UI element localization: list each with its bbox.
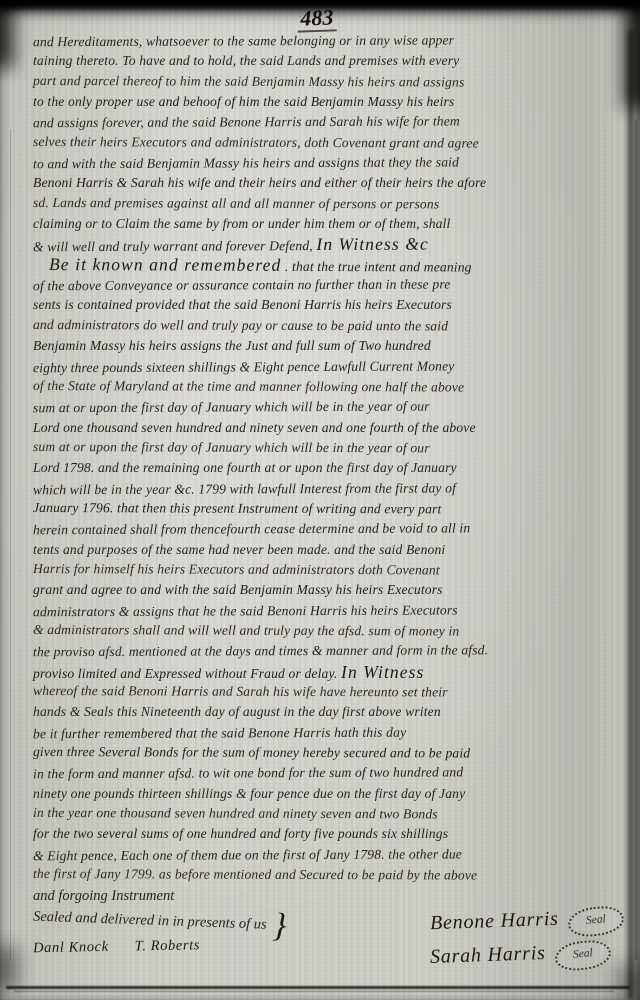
line-text: proviso limited and Expressed without Fr… — [33, 666, 341, 681]
signer-signature: Sarah Harris — [430, 941, 546, 968]
scan-edge-right — [628, 30, 633, 1000]
signer-row: Benone Harris Seal — [430, 904, 624, 938]
page-number: 483 — [297, 5, 337, 32]
manuscript-line: January 1796. that then this present Ins… — [33, 498, 618, 520]
manuscript-line: in the form and manner afsd. to wit one … — [33, 762, 618, 785]
witness-signatures: Danl KnockT. Roberts — [33, 932, 287, 961]
line-text: . that the true intent and meaning — [281, 259, 471, 275]
manuscript-line: and assigns forever, and the said Benone… — [33, 111, 618, 134]
manuscript-line: Lord one thousand seven hundred and nine… — [33, 418, 618, 438]
manuscript-page: 483 and Hereditaments, whatsoever to the… — [0, 0, 640, 1000]
manuscript-line: selves their heirs Executors and adminis… — [33, 132, 618, 154]
manuscript-line: sd. Lands and premises against all and a… — [33, 193, 618, 215]
manuscript-line: of the above Conveyance or assurance con… — [33, 274, 618, 297]
manuscript-line: administrators & assigns that he the sai… — [33, 599, 618, 622]
seal-label: Seal — [572, 947, 593, 961]
manuscript-line: to and with the said Benjamin Massy his … — [33, 152, 618, 175]
manuscript-line: grant and agree to and with the said Ben… — [33, 580, 618, 600]
manuscript-line: for the two several sums of one hundred … — [33, 824, 618, 844]
manuscript-line: herein contained shall from thencefourth… — [33, 518, 618, 541]
manuscript-line: tents and purposes of the same had never… — [33, 540, 618, 560]
line-text: & will well and truly warrant and foreve… — [33, 238, 316, 254]
signature-section: and forgoing Instrument Sealed and deliv… — [33, 884, 624, 972]
manuscript-line: sents is contained provided that the sai… — [33, 295, 618, 315]
manuscript-line: Lord 1798. and the remaining one fourth … — [33, 458, 618, 478]
seal-badge: Seal — [554, 938, 612, 972]
bottom-rule-secondary — [14, 991, 614, 992]
manuscript-line: sum at or upon the first day of January … — [33, 437, 618, 459]
manuscript-line: proviso limited and Expressed without Fr… — [33, 662, 618, 682]
manuscript-line: and administrators do well and truly pay… — [33, 315, 618, 337]
manuscript-line: the proviso afsd. mentioned at the days … — [33, 640, 618, 663]
manuscript-line: of the State of Maryland at the time and… — [33, 376, 618, 398]
manuscript-line: ninety one pounds thirteen shillings & f… — [33, 784, 618, 804]
manuscript-line: Benjamin Massy his heirs assigns the Jus… — [33, 336, 618, 356]
manuscript-line: & will well and truly warrant and foreve… — [33, 233, 618, 256]
manuscript-line: part and parcel thereof to him the said … — [33, 71, 618, 93]
scan-edge-right-line — [635, 120, 637, 960]
manuscript-line: whereof the said Benoni Harris and Sarah… — [33, 681, 618, 703]
manuscript-line: be it further remembered that the said B… — [33, 721, 618, 744]
bottom-rule — [6, 986, 630, 989]
manuscript-line: hands & Seals this Nineteenth day of aug… — [33, 702, 618, 722]
manuscript-line: eighty three pounds sixteen shillings & … — [33, 355, 618, 378]
manuscript-line: & administrators shall and will well and… — [33, 620, 618, 642]
manuscript-line: and Hereditaments, whatsoever to the sam… — [33, 30, 618, 53]
manuscript-line: sum at or upon the first day of January … — [33, 396, 618, 419]
in-witness-phrase: In Witness — [341, 662, 424, 682]
left-margin-line — [10, 130, 11, 960]
signer-row: Sarah Harris Seal — [430, 938, 624, 972]
witness-block: and forgoing Instrument Sealed and deliv… — [33, 884, 286, 972]
manuscript-line: claiming or to Claim the same by from or… — [33, 214, 618, 234]
witness-signature: T. Roberts — [135, 937, 201, 954]
in-witness-phrase: In Witness &c — [316, 234, 429, 254]
be-it-known-phrase: Be it known and remembered — [49, 254, 281, 275]
manuscript-line: & Eight pence, Each one of them due on t… — [33, 843, 618, 866]
witness-signature: Danl Knock — [33, 939, 109, 956]
seal-label: Seal — [585, 913, 606, 927]
seal-badge: Seal — [567, 904, 625, 938]
deed-text: and Hereditaments, whatsoever to the sam… — [33, 31, 618, 885]
manuscript-line: in the year one thousand seven hundred a… — [33, 803, 618, 825]
manuscript-line: given three Several Bonds for the sum of… — [33, 742, 618, 764]
manuscript-line: which will be in the year &c. 1799 with … — [33, 477, 618, 500]
manuscript-line: to the only proper use and behoof of him… — [33, 92, 618, 112]
manuscript-line: Be it known and remembered . that the tr… — [33, 254, 618, 276]
signer-block: Benone Harris Seal Sarah Harris Seal — [430, 904, 624, 972]
manuscript-line: Benoni Harris & Sarah his wife and their… — [33, 173, 618, 193]
signer-signature: Benone Harris — [430, 907, 559, 934]
scan-corner-top-left — [0, 0, 14, 68]
manuscript-line: Harris for himself his heirs Executors a… — [33, 559, 618, 581]
manuscript-line: taining thereto. To have and to hold, th… — [33, 51, 618, 71]
